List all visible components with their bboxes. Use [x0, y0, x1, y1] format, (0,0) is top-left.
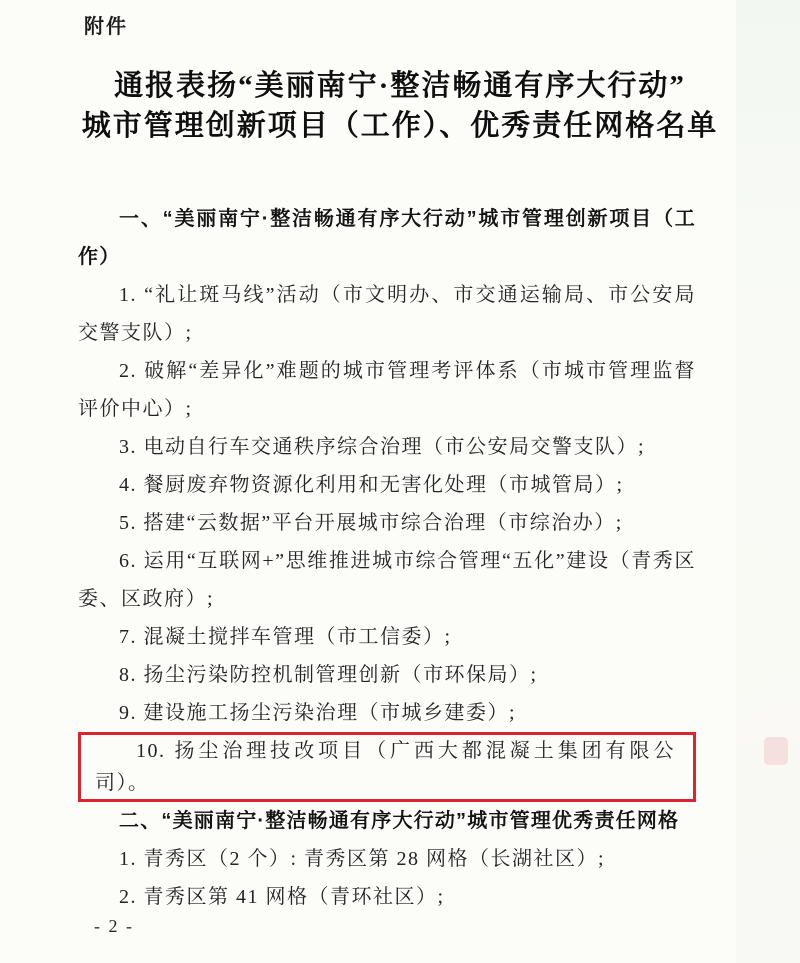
section-1-item-5: 5. 搭建“云数据”平台开展城市综合治理（市综治办）;	[78, 504, 696, 542]
document-body: 一、“美丽南宁·整洁畅通有序大行动”城市管理创新项目（工作） 1. “礼让斑马线…	[78, 200, 696, 916]
section-1-item-10-highlighted: 10. 扬尘治理技改项目（广西大都混凝土集团有限公司）。	[78, 732, 696, 802]
section-1-heading: 一、“美丽南宁·整洁畅通有序大行动”城市管理创新项目（工作）	[78, 200, 696, 276]
section-1-item-6: 6. 运用“互联网+”思维推进城市综合管理“五化”建设（青秀区委、区政府）;	[78, 542, 696, 618]
section-1-item-4: 4. 餐厨废弃物资源化利用和无害化处理（市城管局）;	[78, 466, 696, 504]
section-1-item-7: 7. 混凝土搅拌车管理（市工信委）;	[78, 618, 696, 656]
section-1-item-2: 2. 破解“差异化”难题的城市管理考评体系（市城市管理监督评价中心）;	[78, 352, 696, 428]
title-line-2: 城市管理创新项目（工作）、优秀责任网格名单	[0, 106, 800, 146]
section-1-item-8: 8. 扬尘污染防控机制管理创新（市环保局）;	[78, 656, 696, 694]
section-1-item-9: 9. 建设施工扬尘污染治理（市城乡建委）;	[78, 694, 696, 732]
scanned-document-page: 附件 通报表扬“美丽南宁·整洁畅通有序大行动” 城市管理创新项目（工作）、优秀责…	[0, 0, 800, 963]
page-number: - 2 -	[94, 916, 134, 937]
attachment-label: 附件	[84, 10, 128, 39]
section-2-item-2: 2. 青秀区第 41 网格（青环社区）;	[78, 878, 696, 916]
document-title: 通报表扬“美丽南宁·整洁畅通有序大行动” 城市管理创新项目（工作）、优秀责任网格…	[0, 66, 800, 146]
section-2-item-1: 1. 青秀区（2 个）: 青秀区第 28 网格（长湖社区）;	[78, 840, 696, 878]
scan-artifact-pink-smudge	[764, 737, 788, 765]
section-1-item-1: 1. “礼让斑马线”活动（市文明办、市交通运输局、市公安局交警支队）;	[78, 276, 696, 352]
section-2-heading: 二、“美丽南宁·整洁畅通有序大行动”城市管理优秀责任网格	[78, 802, 696, 840]
title-line-1: 通报表扬“美丽南宁·整洁畅通有序大行动”	[0, 66, 800, 106]
section-1-item-3: 3. 电动自行车交通秩序综合治理（市公安局交警支队）;	[78, 428, 696, 466]
